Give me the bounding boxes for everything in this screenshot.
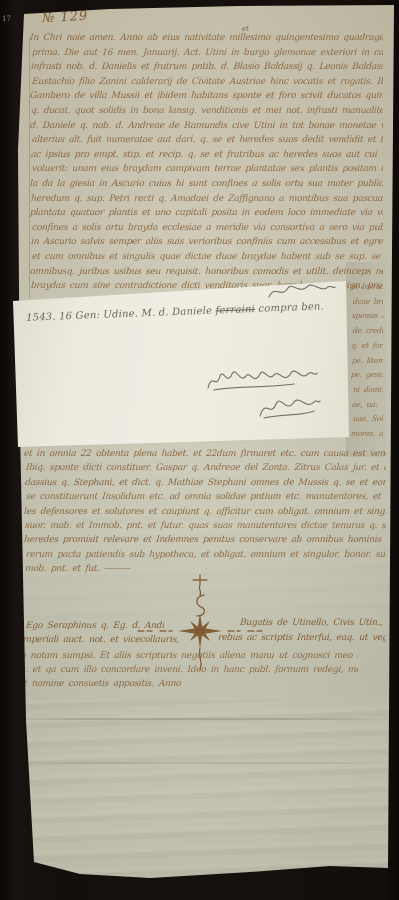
- spine-corner-mark: 17: [2, 15, 11, 23]
- signature-scribble-middle-icon: [204, 362, 320, 394]
- manuscript-line: heredes promisit relevare et Indemnes pe…: [24, 533, 386, 547]
- manuscript-line: les defensores et solutores et caupiunt …: [24, 505, 386, 519]
- manuscript-line: In Chri noie amen. Anno ab eius nativita…: [30, 31, 383, 46]
- manuscript-line: omnibusq. juribus usibus seu requisit. h…: [30, 265, 383, 280]
- manuscript-line: rerum pacta patiendis sub hypotheca, et …: [25, 548, 386, 562]
- archival-slip: 1543. 16 Gen: Udine. M. d. Daniele ferra…: [8, 274, 352, 452]
- folio-number: № 129: [42, 9, 89, 26]
- manuscript-line: et cum omnibus et singulis quae dictae d…: [31, 250, 383, 265]
- manuscript-fragment: ae, ua:: [351, 398, 383, 413]
- manuscript-line: Eustachio filio Zanini calderarij de Civ…: [31, 75, 383, 90]
- slip-annotation: 1543. 16 Gen: Udine. M. d. Daniele ferra…: [26, 301, 326, 324]
- manuscript-line: plantata quatuor plantis et uno capitali…: [30, 206, 383, 221]
- manuscript-line: Ibiq. sponte dicti constituer. Gaspar q.…: [25, 461, 386, 475]
- manuscript-fragment: q. et fori:: [351, 339, 383, 354]
- signature-scribble-bottom-icon: [256, 392, 322, 422]
- manuscript-line: et nomine consuetis appositis. Anno: [19, 677, 358, 691]
- manuscript-fragment: uae, Solut:: [352, 412, 383, 427]
- manuscript-line: dassius q. Stephani, et dict. q. Mathiae…: [24, 476, 386, 490]
- manuscript-line: prima. Die aut 16 men. Januarij. Act. Ut…: [31, 46, 383, 61]
- manuscript-line: et in omnia 22 obtenta plena habet. et 2…: [24, 447, 386, 461]
- manuscript-fragment: pe. gesiae: [351, 368, 383, 383]
- slip-annotation-place: compra ben. in Attimis: [255, 301, 326, 315]
- manuscript-line: infrasti nob. d. Danielis et fratrum pnt…: [30, 60, 383, 75]
- manuscript-fragment: dcae bray:: [352, 295, 383, 310]
- manuscript-line: se constituerunt Insolidum etc. ad omnia…: [25, 490, 386, 504]
- deed-text-block-lower: et in omnia 22 obtenta plena habet. et 2…: [24, 447, 386, 579]
- manuscript-fragment: ni domi:: [352, 383, 383, 398]
- manuscript-line: d. Daniele q. nob. d. Andreae de Ramundi…: [30, 119, 383, 134]
- manuscript-sheet: № 129 et In Chri noie amen. Anno ab eius…: [0, 0, 399, 900]
- deed-text-block-upper: In Chri noie amen. Anno ab eius nativita…: [30, 31, 383, 297]
- manuscript-fragment: in Invradi: [351, 280, 383, 295]
- manuscript-line: in Ascurio salvis semper aliis suis veri…: [30, 235, 383, 250]
- manuscript-line: Gambero de villa Mussii et ibidem habita…: [30, 89, 383, 104]
- manuscript-line: heredum q. sup. Petri recti q. Amadaei d…: [30, 192, 383, 207]
- manuscript-line: suor. mob. et Immob. pnt. et futur. quas…: [24, 519, 386, 533]
- manuscript-fragment: pe. litem: [351, 354, 383, 369]
- manuscript-fragment: mores, agenda: [351, 427, 383, 442]
- manuscript-line: voluerit: unam eius braydam campivam ter…: [31, 162, 383, 177]
- notarial-star-sign-icon: [130, 572, 270, 676]
- manuscript-line: la da la giesia in Ascurio cuius hi sunt…: [30, 177, 383, 192]
- manuscript-fragment: spensis ac: [351, 309, 383, 324]
- manuscript-line: ac ipsius pro empt. stip. et recip. q. s…: [30, 148, 383, 163]
- slip-annotation-struck-word: ferraini: [215, 304, 255, 317]
- manuscript-line: q. ducat. quot solidis in bona lansig. v…: [30, 104, 383, 119]
- manuscript-line: alterius alt. fuit numeratae aut dari. q…: [31, 133, 383, 148]
- slip-annotation-date: 1543. 16 Gen: Udine. M. d. Daniele: [26, 305, 216, 323]
- manuscript-fragment: de creditor: [352, 324, 383, 339]
- deed-text-right-fragments: in Invradidcae bray:spensis acde credito…: [351, 280, 383, 445]
- manuscript-photograph: 17 № 129 et In Chri noie amen. Anno ab e…: [0, 0, 399, 900]
- manuscript-line: confines a solis ortu brayda ecclesiae a…: [31, 221, 383, 236]
